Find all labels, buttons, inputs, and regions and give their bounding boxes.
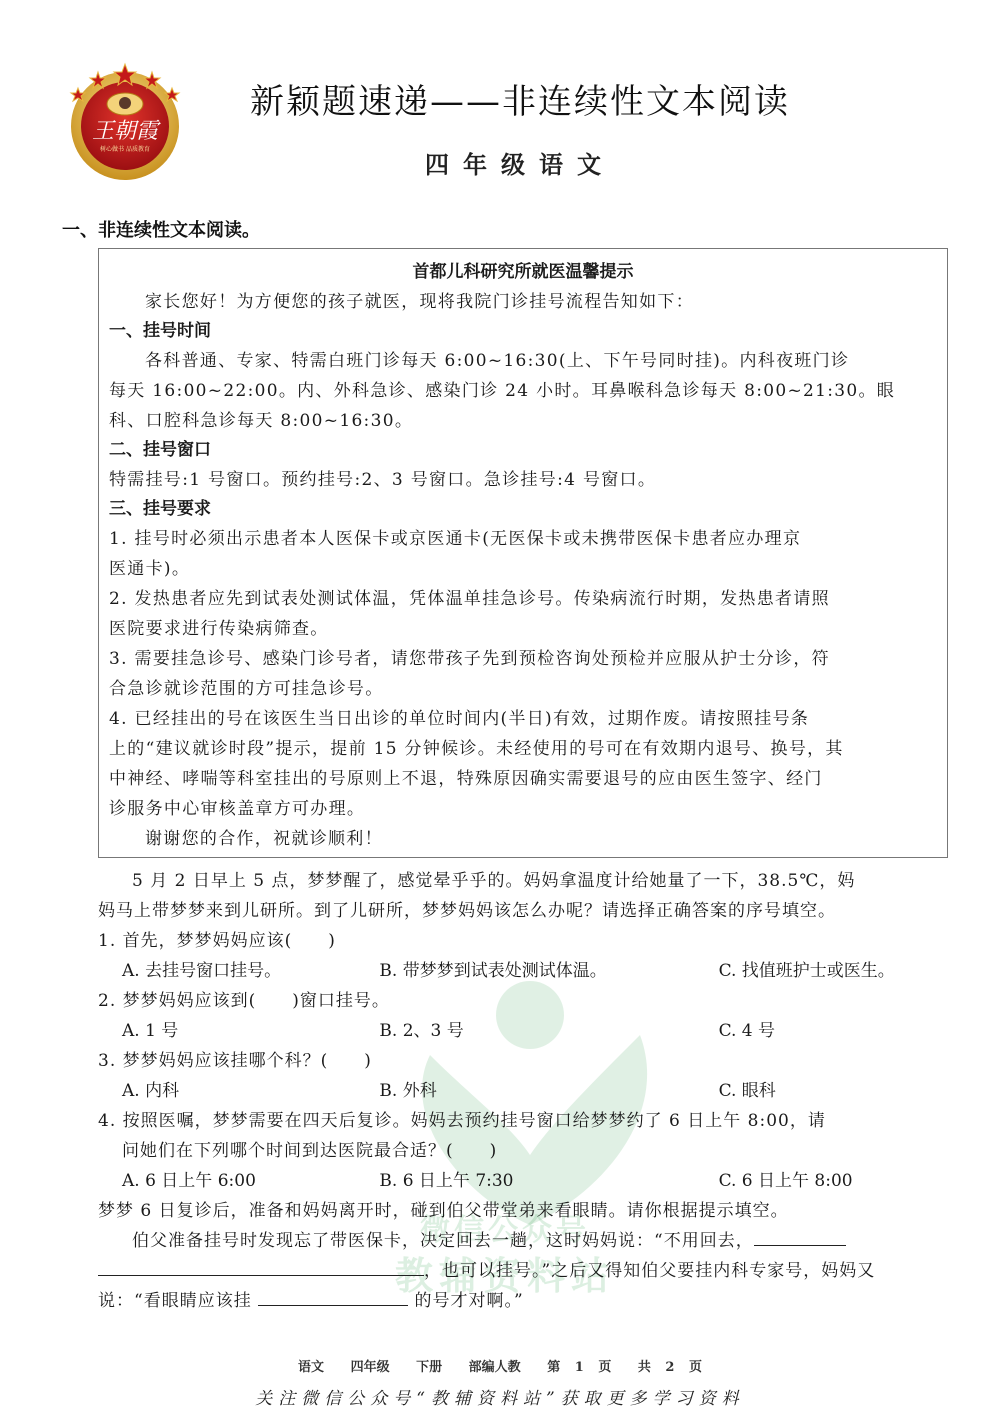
fill-line-1: 伯父准备挂号时发现忘了带医保卡，决定回去一趟，这时妈妈说：“不用回去， [98, 1226, 958, 1256]
option-c: C. 4 号 [719, 1016, 958, 1046]
footer-page: 第 1 页 [547, 1360, 611, 1375]
notice-text: 上的“建议就诊时段”提示，提前 15 分钟候诊。未经使用的号可在有效期内退号、换… [109, 734, 937, 764]
notice-text: 4. 已经挂出的号在该医生当日出诊的单位时间内(半日)有效，过期作废。请按照挂号… [109, 704, 937, 734]
notice-title: 首都儿科研究所就医温馨提示 [109, 257, 937, 287]
notice-text: 特需挂号:1 号窗口。预约挂号:2、3 号窗口。急诊挂号:4 号窗口。 [109, 465, 937, 495]
page-footer: 语文 四年级 下册 部编人教 第 1 页 共 2 页 [0, 1356, 1000, 1375]
option-c: C. 找值班护士或医生。 [719, 956, 958, 986]
fill-text: 伯父准备挂号时发现忘了带医保卡，决定回去一趟，这时妈妈说：“不用回去， [132, 1231, 754, 1251]
question-3-options: A. 内科 B. 外科 C. 眼科 [98, 1076, 958, 1106]
notice-greeting: 家长您好！为方便您的孩子就医，现将我院门诊挂号流程告知如下： [109, 287, 937, 317]
scenario-text: 妈马上带梦梦来到儿研所。到了儿研所，梦梦妈妈该怎么办呢？请选择正确答案的序号填空… [98, 896, 958, 926]
fill-text: ，也可以挂号。”之后又得知伯父要挂内科专家号，妈妈又 [424, 1261, 875, 1281]
promo-note: 关注微信公众号“教辅资料站”获取更多学习资料 [0, 1384, 1000, 1409]
question-2: 2. 梦梦妈妈应该到( )窗口挂号。 [98, 986, 958, 1016]
notice-heading-time: 一、挂号时间 [109, 317, 937, 346]
option-c: C. 6 日上午 8:00 [719, 1166, 958, 1196]
option-c: C. 眼科 [719, 1076, 958, 1106]
notice-text: 中神经、哮喘等科室挂出的号原则上不退，特殊原因确实需要退号的应由医生签字、经门 [109, 764, 937, 794]
notice-text: 医院要求进行传染病筛查。 [109, 614, 937, 644]
notice-heading-window: 二、挂号窗口 [109, 436, 937, 465]
footer-edition: 部编人教 [469, 1360, 521, 1375]
notice-box: 首都儿科研究所就医温馨提示 家长您好！为方便您的孩子就医，现将我院门诊挂号流程告… [98, 248, 948, 858]
footer-grade: 四年级 [351, 1360, 390, 1375]
footer-volume: 下册 [416, 1360, 442, 1375]
option-a: A. 1 号 [122, 1016, 379, 1046]
notice-text: 诊服务中心审核盖章方可办理。 [109, 794, 937, 824]
notice-text: 2. 发热患者应先到试表处测试体温，凭体温单挂急诊号。传染病流行时期，发热患者请… [109, 584, 937, 614]
fill-blank-1[interactable] [754, 1227, 846, 1246]
option-b: B. 外科 [379, 1076, 718, 1106]
page-title: 新颖题速递——非连续性文本阅读 [0, 74, 1000, 123]
notice-text: 合急诊就诊范围的方可挂急诊号。 [109, 674, 937, 704]
notice-text: 3. 需要挂急诊号、感染门诊号者，请您带孩子先到预检咨询处预检并应服从护士分诊，… [109, 644, 937, 674]
notice-text: 医通卡)。 [109, 554, 937, 584]
fill-blank-2[interactable] [258, 1287, 408, 1306]
fill-line-2: ，也可以挂号。”之后又得知伯父要挂内科专家号，妈妈又 [98, 1256, 958, 1286]
option-b: B. 2、3 号 [379, 1016, 718, 1046]
fill-line-3: 说：“看眼睛应该挂 的号才对啊。” [98, 1286, 958, 1316]
question-4-cont: 问她们在下列哪个时间到达医院最合适？( ) [98, 1136, 958, 1166]
question-3: 3. 梦梦妈妈应该挂哪个科？( ) [98, 1046, 958, 1076]
notice-text: 1. 挂号时必须出示患者本人医保卡或京医通卡(无医保卡或未携带医保卡患者应办理京 [109, 524, 937, 554]
option-a: A. 内科 [122, 1076, 379, 1106]
question-2-options: A. 1 号 B. 2、3 号 C. 4 号 [98, 1016, 958, 1046]
option-b: B. 带梦梦到试表处测试体温。 [379, 956, 718, 986]
fill-blank-1-cont[interactable] [98, 1257, 424, 1276]
notice-text: 科、口腔科急诊每天 8:00~16:30。 [109, 406, 937, 436]
notice-closing: 谢谢您的合作，祝就诊顺利！ [109, 824, 937, 854]
footer-subject: 语文 [298, 1360, 324, 1375]
option-b: B. 6 日上午 7:30 [379, 1166, 718, 1196]
fill-intro: 梦梦 6 日复诊后，准备和妈妈离开时，碰到伯父带堂弟来看眼睛。请你根据提示填空。 [98, 1196, 958, 1226]
scenario-text: 5 月 2 日早上 5 点，梦梦醒了，感觉晕乎乎的。妈妈拿温度计给她量了一下，3… [98, 866, 958, 896]
fill-text: 的号才对啊。” [415, 1291, 524, 1311]
question-1-options: A. 去挂号窗口挂号。 B. 带梦梦到试表处测试体温。 C. 找值班护士或医生。 [98, 956, 958, 986]
fill-text: 说：“看眼睛应该挂 [98, 1291, 252, 1311]
question-4: 4. 按照医嘱，梦梦需要在四天后复诊。妈妈去预约挂号窗口给梦梦约了 6 日上午 … [98, 1106, 958, 1136]
questions-section: 5 月 2 日早上 5 点，梦梦醒了，感觉晕乎乎的。妈妈拿温度计给她量了一下，3… [98, 866, 958, 1316]
notice-heading-requirements: 三、挂号要求 [109, 495, 937, 524]
option-a: A. 6 日上午 6:00 [122, 1166, 379, 1196]
notice-text: 各科普通、专家、特需白班门诊每天 6:00~16:30(上、下午号同时挂)。内科… [109, 346, 937, 376]
question-1: 1. 首先，梦梦妈妈应该( ) [98, 926, 958, 956]
section-heading: 一、非连续性文本阅读。 [62, 216, 260, 242]
option-a: A. 去挂号窗口挂号。 [122, 956, 379, 986]
page-subtitle: 四年级语文 [0, 145, 1000, 180]
question-4-options: A. 6 日上午 6:00 B. 6 日上午 7:30 C. 6 日上午 8:0… [98, 1166, 958, 1196]
footer-total-pages: 共 2 页 [638, 1360, 702, 1375]
notice-text: 每天 16:00~22:00。内、外科急诊、感染门诊 24 小时。耳鼻喉科急诊每… [109, 376, 937, 406]
